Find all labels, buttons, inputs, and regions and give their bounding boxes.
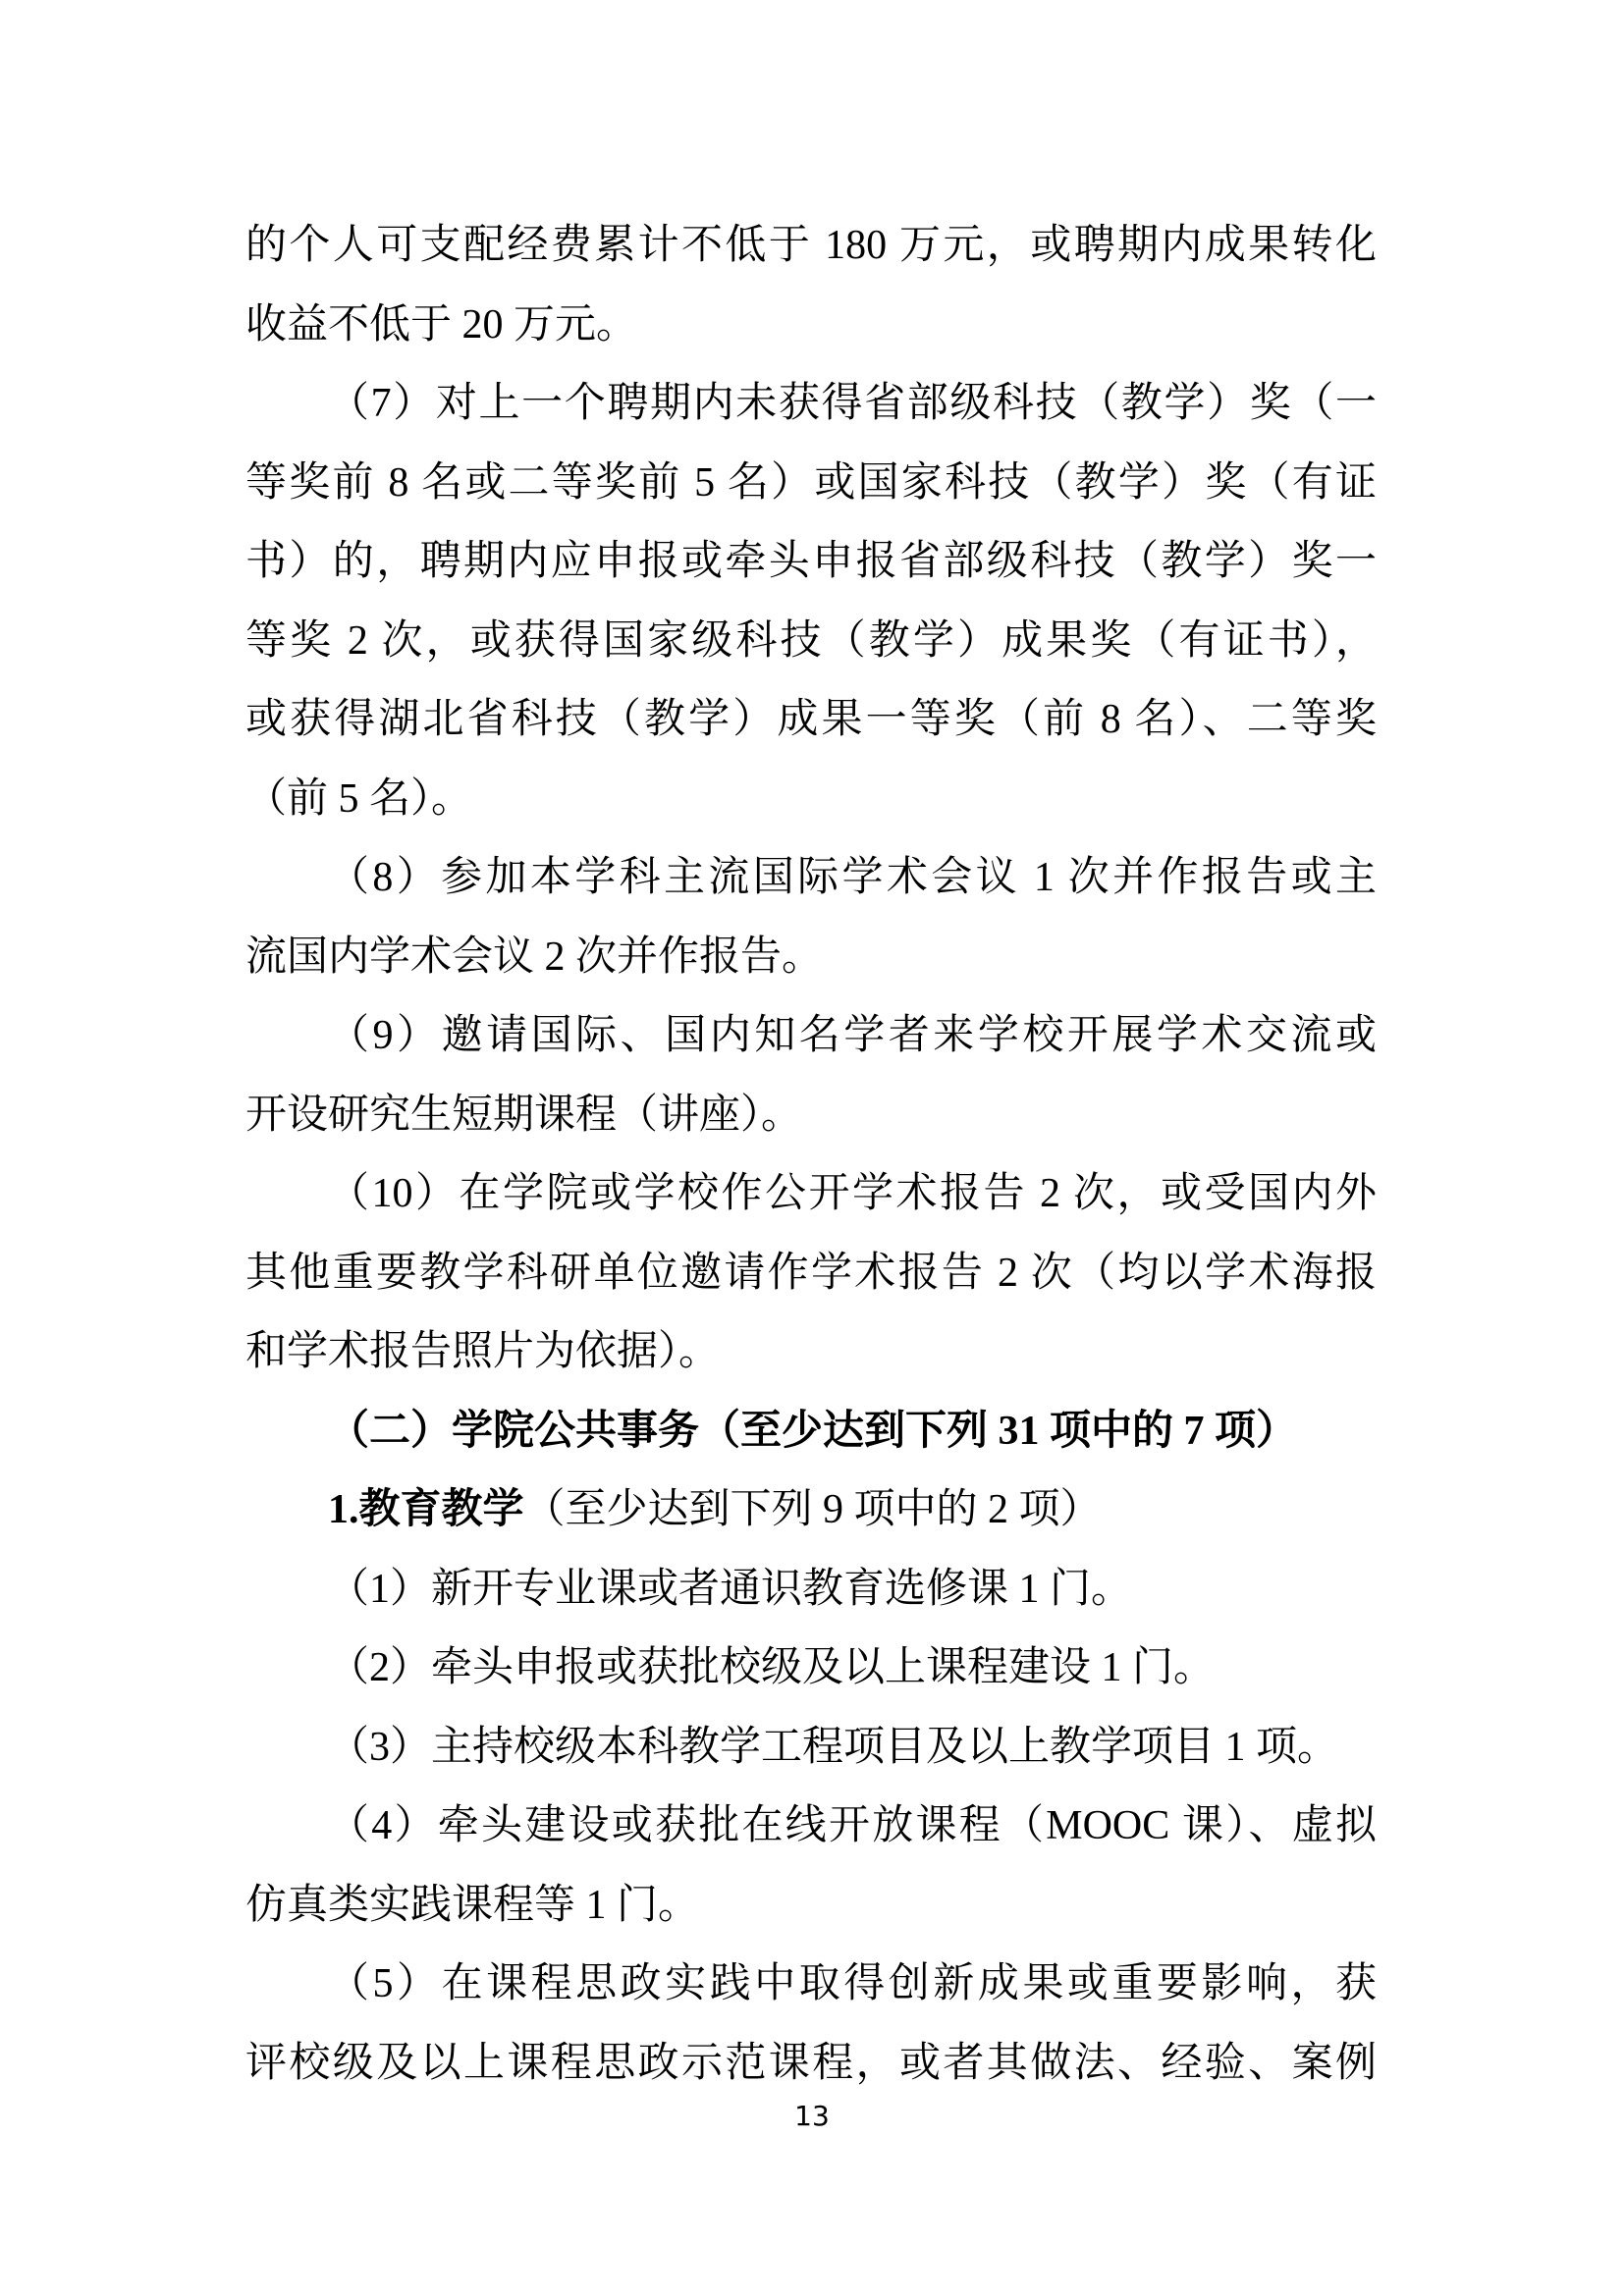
text-segment: （3）主持校级本科教学工程项目及以上教学项目 1 项。 <box>328 1725 1338 1770</box>
text-line: （前 5 名）。 <box>245 760 1377 839</box>
text-line: （8）参加本学科主流国际学术会议 1 次并作报告或主 <box>245 838 1377 918</box>
text-line: 等奖前 8 名或二等奖前 5 名）或国家科技（教学）奖（有证 <box>245 444 1377 523</box>
page-number: 13 <box>0 2099 1624 2134</box>
document-body: 的个人可支配经费累计不低于 180 万元，或聘期内成果转化收益不低于 20 万元… <box>245 206 1377 2103</box>
text-line: （4）牵头建设或获批在线开放课程（MOOC 课）、虚拟 <box>245 1787 1377 1866</box>
text-segment: （至少达到下列 9 项中的 2 项） <box>524 1487 1102 1532</box>
text-segment: （前 5 名）。 <box>245 776 472 822</box>
text-segment: 等奖 2 次，或获得国家级科技（教学）成果奖（有证书）， <box>245 618 1377 664</box>
text-line: 书）的，聘期内应申报或牵头申报省部级科技（教学）奖一 <box>245 522 1377 602</box>
text-segment: （7）对上一个聘期内未获得省部级科技（教学）奖（一 <box>328 381 1377 426</box>
bold-text-segment: （二）学院公共事务（至少达到下列 31 项中的 7 项） <box>328 1409 1297 1454</box>
text-segment: 其他重要教学科研单位邀请作学术报告 2 次（均以学术海报 <box>245 1251 1377 1296</box>
text-line: （3）主持校级本科教学工程项目及以上教学项目 1 项。 <box>245 1708 1377 1788</box>
text-line: 仿真类实践课程等 1 门。 <box>245 1866 1377 1946</box>
text-segment: 收益不低于 20 万元。 <box>245 302 637 347</box>
text-line: 流国内学术会议 2 次并作报告。 <box>245 918 1377 997</box>
text-segment: 流国内学术会议 2 次并作报告。 <box>245 934 823 980</box>
text-segment: （10）在学院或学校作公开学术报告 2 次，或受国内外 <box>328 1171 1377 1216</box>
text-segment: 书）的，聘期内应申报或牵头申报省部级科技（教学）奖一 <box>245 539 1377 584</box>
text-segment: 或获得湖北省科技（教学）成果一等奖（前 8 名）、二等奖 <box>245 697 1377 742</box>
text-segment: （5）在课程思政实践中取得创新成果或重要影响，获 <box>328 1961 1377 2006</box>
text-line: 开设研究生短期课程（讲座）。 <box>245 1076 1377 1155</box>
text-line: （10）在学院或学校作公开学术报告 2 次，或受国内外 <box>245 1154 1377 1234</box>
text-segment: 的个人可支配经费累计不低于 180 万元，或聘期内成果转化 <box>245 223 1377 268</box>
text-segment: （9）邀请国际、国内知名学者来学校开展学术交流或 <box>328 1013 1377 1058</box>
text-line: （7）对上一个聘期内未获得省部级科技（教学）奖（一 <box>245 364 1377 444</box>
text-line: 评校级及以上课程思政示范课程，或者其做法、经验、案例 <box>245 2024 1377 2104</box>
text-line: 等奖 2 次，或获得国家级科技（教学）成果奖（有证书）， <box>245 602 1377 681</box>
text-line: （二）学院公共事务（至少达到下列 31 项中的 7 项） <box>245 1392 1377 1471</box>
text-segment: 等奖前 8 名或二等奖前 5 名）或国家科技（教学）奖（有证 <box>245 460 1377 506</box>
document-page: 的个人可支配经费累计不低于 180 万元，或聘期内成果转化收益不低于 20 万元… <box>0 0 1624 2296</box>
text-segment: 和学术报告照片为依据）。 <box>245 1329 720 1374</box>
text-segment: （8）参加本学科主流国际学术会议 1 次并作报告或主 <box>328 855 1377 900</box>
text-segment: （1）新开专业课或者通识教育选修课 1 门。 <box>328 1567 1132 1612</box>
text-line: 和学术报告照片为依据）。 <box>245 1312 1377 1392</box>
text-line: （2）牵头申报或获批校级及以上课程建设 1 门。 <box>245 1629 1377 1708</box>
text-line: （9）邀请国际、国内知名学者来学校开展学术交流或 <box>245 996 1377 1076</box>
text-line: 收益不低于 20 万元。 <box>245 286 1377 365</box>
text-line: 或获得湖北省科技（教学）成果一等奖（前 8 名）、二等奖 <box>245 680 1377 760</box>
text-segment: 评校级及以上课程思政示范课程，或者其做法、经验、案例 <box>245 2041 1377 2086</box>
text-segment: （4）牵头建设或获批在线开放课程（MOOC 课）、虚拟 <box>328 1803 1377 1848</box>
text-line: 的个人可支配经费累计不低于 180 万元，或聘期内成果转化 <box>245 206 1377 286</box>
bold-text-segment: 1.教育教学 <box>328 1487 524 1532</box>
text-line: （1）新开专业课或者通识教育选修课 1 门。 <box>245 1550 1377 1629</box>
text-line: （5）在课程思政实践中取得创新成果或重要影响，获 <box>245 1945 1377 2024</box>
text-segment: 仿真类实践课程等 1 门。 <box>245 1883 699 1928</box>
text-segment: （2）牵头申报或获批校级及以上课程建设 1 门。 <box>328 1645 1215 1690</box>
text-line: 1.教育教学（至少达到下列 9 项中的 2 项） <box>245 1470 1377 1550</box>
text-line: 其他重要教学科研单位邀请作学术报告 2 次（均以学术海报 <box>245 1234 1377 1313</box>
text-segment: 开设研究生短期课程（讲座）。 <box>245 1093 802 1138</box>
